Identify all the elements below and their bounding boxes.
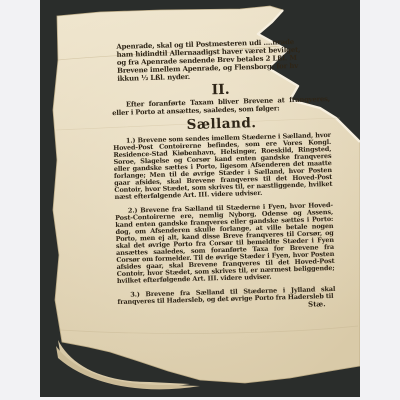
printed-text-block: Apenrade, skal og til Postmesteren udi .… [110,37,335,314]
paragraph-1: 1.) Brevene som sendes imellem Stæderne … [113,132,333,201]
torn-top-paragraph: Apenrade, skal og til Postmesteren udi .… [116,37,313,83]
photo-of-document: Apenrade, skal og til Postmesteren udi .… [40,0,360,397]
paragraph-2: 2.) Brevene fra Sælland til Stæderne i F… [115,202,335,285]
